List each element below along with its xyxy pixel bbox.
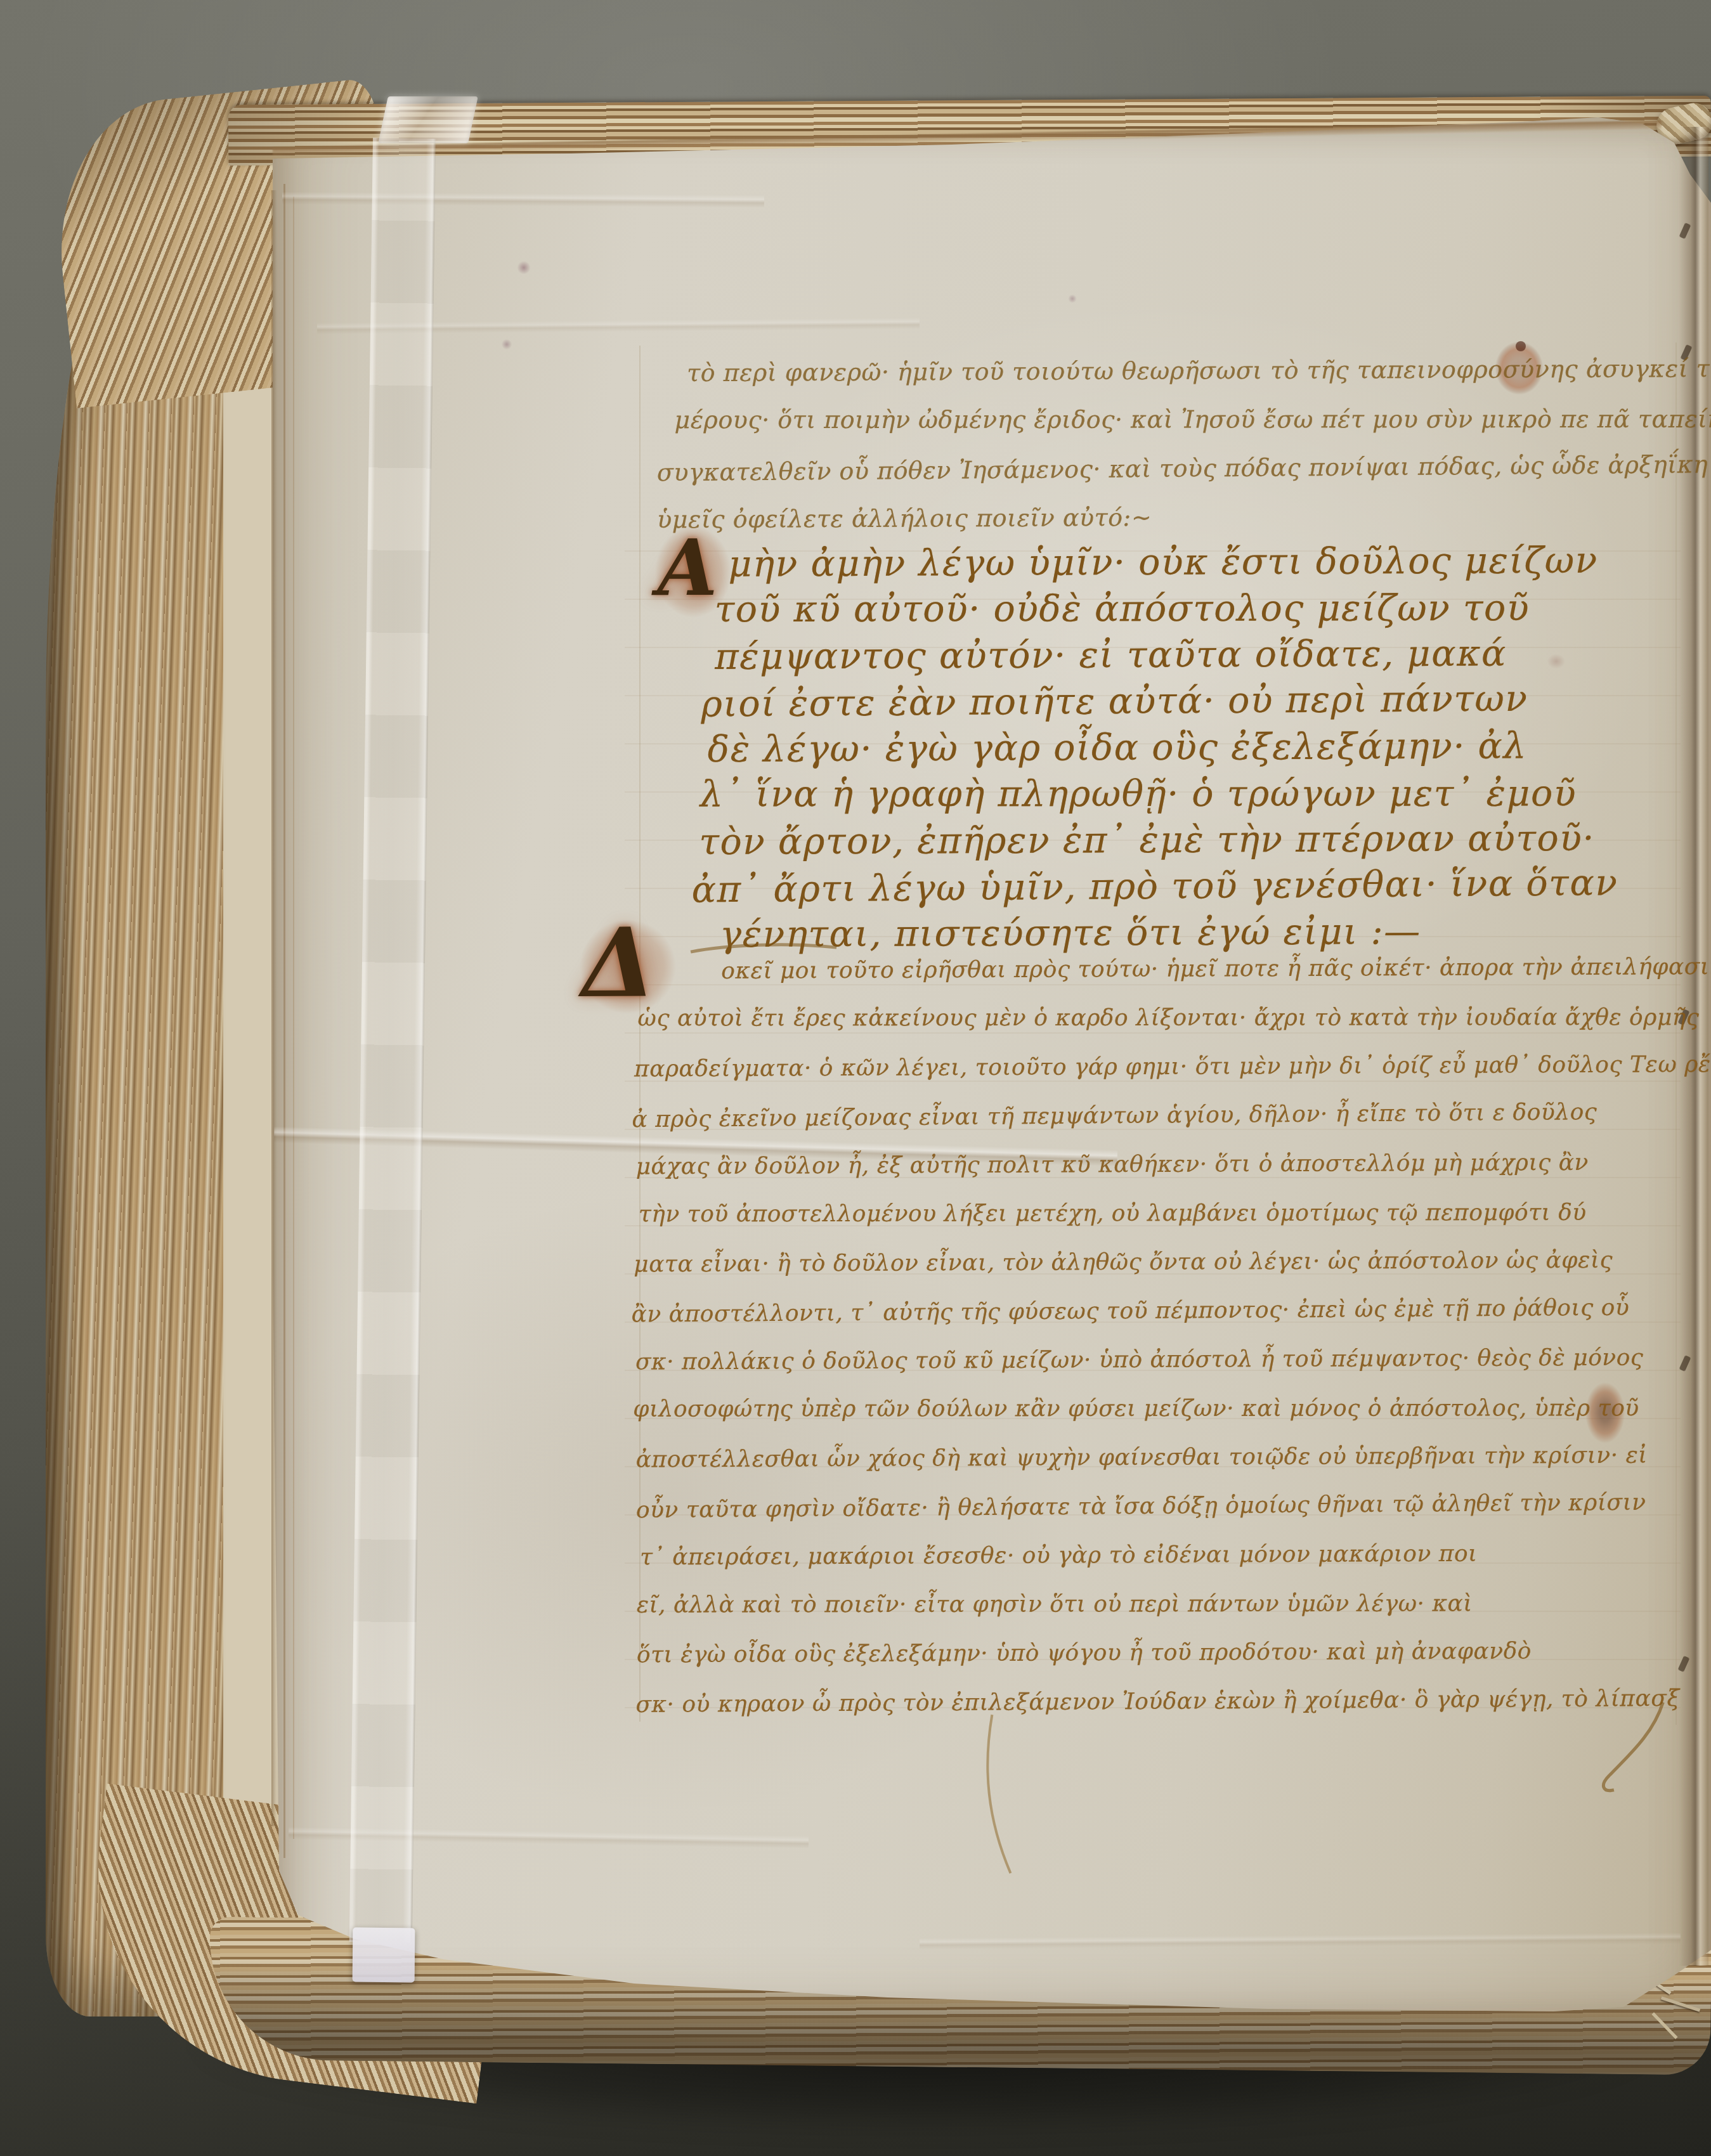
pen-flourishes [0, 0, 1711, 2156]
manuscript-text-layer: τὸ περὶ φανερῶ· ἡμῖν τοῦ τοιούτω θεωρῆσω… [0, 0, 1711, 2156]
photo-backdrop: τὸ περὶ φανερῶ· ἡμῖν τοῦ τοιούτω θεωρῆσω… [0, 0, 1711, 2156]
conservation-tape-bottom-tab [353, 1928, 415, 1983]
conservation-tape-top-wrap [378, 96, 478, 143]
